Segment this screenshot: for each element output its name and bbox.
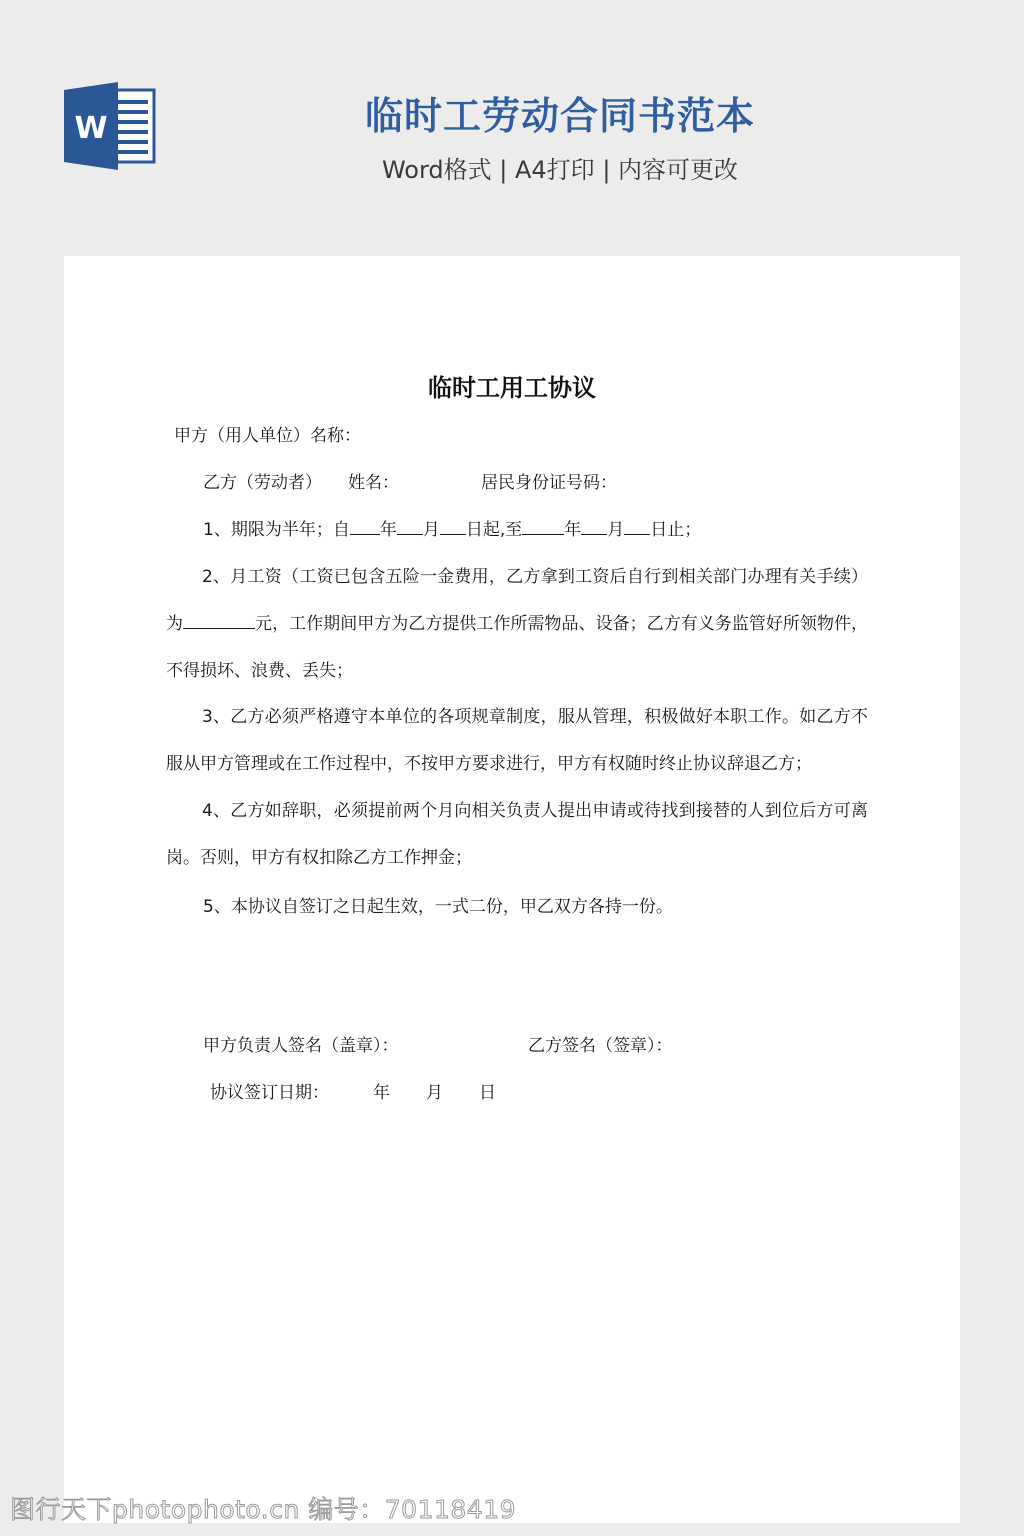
party-b-label: 乙方（劳动者）: [203, 473, 322, 493]
document-page: 临时工用工协议 甲方（用人单位）名称： 乙方（劳动者）姓名：居民身份证号码： 1…: [64, 256, 960, 1523]
clause-3: 3、乙方必须严格遵守本单位的各项规章制度，服从管理，积极做好本职工作。如乙方不服…: [166, 694, 868, 788]
banner-subtitle: Word格式 | A4打印 | 内容可更改: [300, 150, 820, 190]
clause-1: 1、期限为半年；自年月日起,至年月日止；: [203, 516, 701, 544]
signing-date-label: 协议签订日期：: [210, 1083, 329, 1103]
party-b-signature-label: 乙方签名（签章）：: [528, 1032, 673, 1060]
banner-title: 临时工劳动合同书范本: [300, 88, 820, 144]
end-year-blank: [522, 516, 564, 535]
start-year-blank: [350, 516, 380, 535]
party-a-signature-label: 甲方负责人签名（盖章）：: [203, 1032, 399, 1060]
party-b-name-label: 姓名：: [348, 473, 399, 493]
end-month-blank: [581, 516, 607, 535]
document-title: 临时工用工协议: [64, 368, 960, 408]
party-b-info-line: 乙方（劳动者）姓名：居民身份证号码：: [203, 469, 617, 497]
clause-4: 4、乙方如辞职，必须提前两个月向相关负责人提出申请或待找到接替的人到位后方可离岗…: [166, 788, 868, 882]
end-day-blank: [624, 516, 650, 535]
clause-5: 5、本协议自签订之日起生效，一式二份，甲乙双方各持一份。: [203, 893, 673, 921]
signing-date-line: 协议签订日期：年月日: [210, 1079, 496, 1107]
salary-blank: [183, 610, 255, 629]
watermark-text: 图行天下photophoto.cn 编号：70118419: [10, 1490, 516, 1526]
start-day-blank: [440, 516, 466, 535]
clause-2: 2、月工资（工资已包含五险一金费用，乙方拿到工资后自行到相关部门办理有关手续）为…: [166, 554, 868, 695]
svg-text:W: W: [74, 111, 107, 146]
start-month-blank: [397, 516, 423, 535]
party-a-name-label: 甲方（用人单位）名称：: [174, 422, 361, 450]
word-document-icon: W: [64, 82, 156, 170]
party-b-id-label: 居民身份证号码：: [481, 473, 617, 493]
